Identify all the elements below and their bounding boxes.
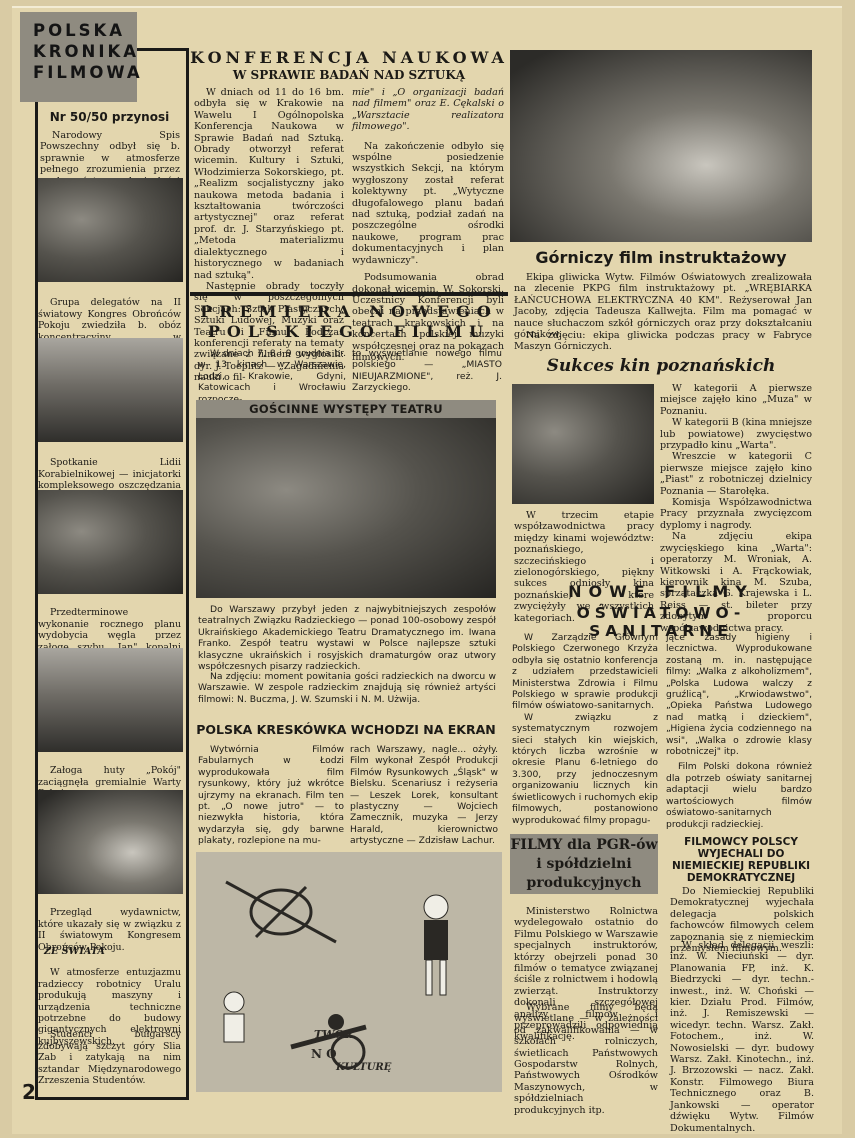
photo-publications — [38, 790, 183, 894]
goscinne-banner: GOŚCINNE WYSTĘPY TEATRU UKRAIŃSKIEGO — [196, 400, 496, 418]
masthead: POLSKA KRONIKA FILMOWA — [20, 12, 137, 102]
konferencja-subtitle: W SPRAWIE BADAŃ NAD SZTUKĄ — [190, 68, 508, 82]
photo-youth — [38, 490, 183, 594]
ze-swiata-heading: ZE ŚWIATA — [44, 946, 105, 957]
sukces-p4: Komisja Współzawodnictwa Pracy przyznała… — [660, 497, 812, 531]
nowe-filmy-p3: jące zasady higieny i lecznictwa. Wyprod… — [666, 632, 812, 757]
photo-oswiecim — [38, 338, 183, 442]
nowe-filmy-p1: W Zarządzie Głównym Polskiego Czerwonego… — [512, 632, 658, 712]
photo-miners — [38, 648, 183, 752]
photo-warta-cinema — [512, 384, 654, 504]
goscinne-p2: Na zdjęciu: moment powitania gości radzi… — [198, 671, 496, 705]
premiera-title-1: PREMIERA NOWEGO — [190, 302, 508, 321]
nowe-filmy-title-1: NOWE FILMY — [510, 582, 812, 601]
kreskowka-col-2: rach Warszawy, nagle... ożyły. Film wyko… — [350, 744, 498, 847]
premiera-col-2: to wyświetlanie nowego filmu polskiego —… — [352, 348, 502, 394]
nrd-p2: W skład delegacji weszli: inż. W. Nieciu… — [670, 940, 814, 1134]
konferencja-title: KONFERENCJA NAUKOWA — [190, 48, 508, 67]
nowe-filmy-p2: W związku z systematycznym rozwojem siec… — [512, 712, 658, 826]
poster-text-3: KULTURĘ — [336, 1062, 391, 1073]
pgr-title-2: i spółdzielni — [510, 855, 658, 874]
sukces-title: Sukces kin poznańskich — [510, 356, 812, 376]
nowe-filmy-p4: Film Polski dokona również dla potrzeb o… — [666, 761, 812, 829]
poster-text-1: TWÓR — [314, 1028, 353, 1041]
sidebar-title: Nr 50/50 przynosi — [38, 110, 181, 124]
kreskowka-col-1: Wytwórnia Filmów Fabularnych w Łodzi wyp… — [198, 744, 344, 847]
gorniczy-title: Górniczy film instruktażowy — [510, 248, 812, 267]
pgr-title-1: FILMY dla PGR-ów — [510, 834, 658, 855]
konferencja-p1: W dniach od 11 do 16 bm. odbyła się w Kr… — [194, 87, 344, 281]
masthead-line-1: POLSKA — [20, 12, 137, 41]
premiera-col-1: W dniach 7, 8 i 9 grudnia br. w 13 kinac… — [198, 348, 346, 405]
goscinne-p1: Do Warszawy przybył jeden z najwybitniej… — [198, 604, 496, 672]
poster-text-2: N O — [311, 1047, 337, 1061]
divider — [190, 292, 508, 296]
sukces-p3: Wreszcie w kategorii C pierwsze miejsce … — [660, 451, 812, 497]
airplane-icon — [196, 852, 502, 1092]
photo-delegates — [38, 178, 183, 282]
photo-ukrainian-theatre — [196, 418, 496, 598]
masthead-line-3: FILMOWA — [20, 62, 137, 83]
konferencja-p3: mie" i „O organizacji badań nad filmem" … — [352, 87, 504, 133]
nowe-filmy-col-1: W Zarządzie Głównym Polskiego Czerwonego… — [512, 632, 658, 826]
nrd-title: FILMOWCY POLSCY WYJECHALI DO NIEMIECKIEJ… — [668, 836, 814, 884]
kreskowka-title: POLSKA KRESKÓWKA WCHODZI NA EKRAN — [196, 722, 496, 737]
photo-mining-crew — [510, 50, 812, 242]
sukces-p1: W kategorii A pierwsze miejsce zajęło ki… — [660, 383, 812, 417]
page-number: 2 — [22, 1080, 36, 1104]
konferencja-p4: Na zakończenie odbyło się wspólne posied… — [352, 141, 504, 266]
gorniczy-p2: Na zdjęciu: ekipa gliwicka podczas pracy… — [514, 330, 812, 353]
masthead-line-2: KRONIKA — [20, 41, 137, 62]
pgr-title-3: produkcyjnych — [510, 874, 658, 893]
cartoon-poster-image: TWÓR N O KULTURĘ — [196, 852, 502, 1092]
pgr-p2: Wybrane filmy będą wyświetlane — w zależ… — [514, 1002, 658, 1116]
ze-swiata-text-2: Studenci bułgarscy zdobywają szczyt góry… — [38, 1029, 181, 1086]
pgr-title-box: FILMY dla PGR-ów i spółdzielni produkcyj… — [510, 834, 658, 894]
premiera-title-2: POLSKIEGO FILMU — [190, 322, 508, 341]
sukces-p2: W kategorii B (kina mniejsze lub powiato… — [660, 417, 812, 451]
nowe-filmy-col-2: jące zasady higieny i lecznictwa. Wyprod… — [666, 632, 812, 830]
